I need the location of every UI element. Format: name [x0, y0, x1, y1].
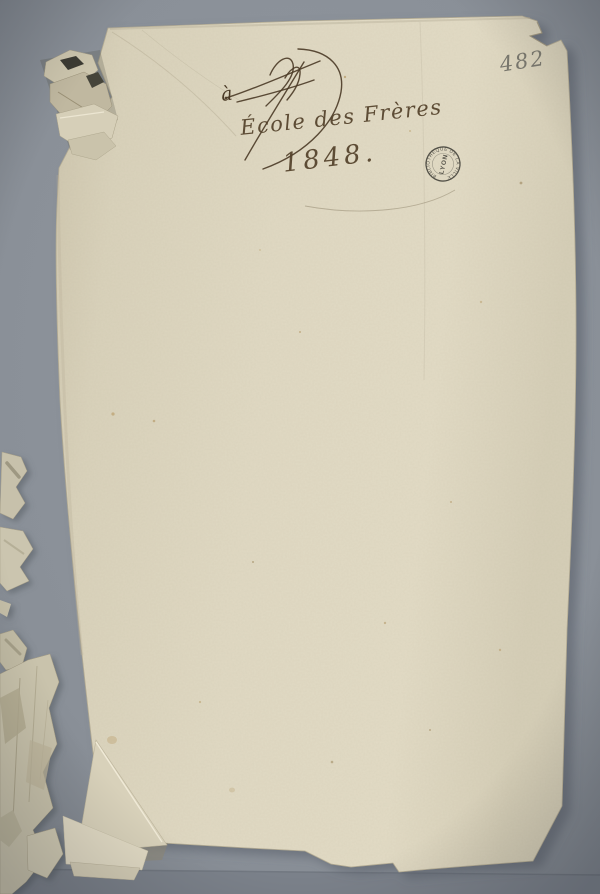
document-scan-canvas: à BIBLIOTHÈQUE DE LA VILLE LYON	[0, 0, 600, 894]
vignette-overlay	[0, 0, 600, 894]
scanned-archival-document: à BIBLIOTHÈQUE DE LA VILLE LYON Éco	[0, 0, 600, 894]
